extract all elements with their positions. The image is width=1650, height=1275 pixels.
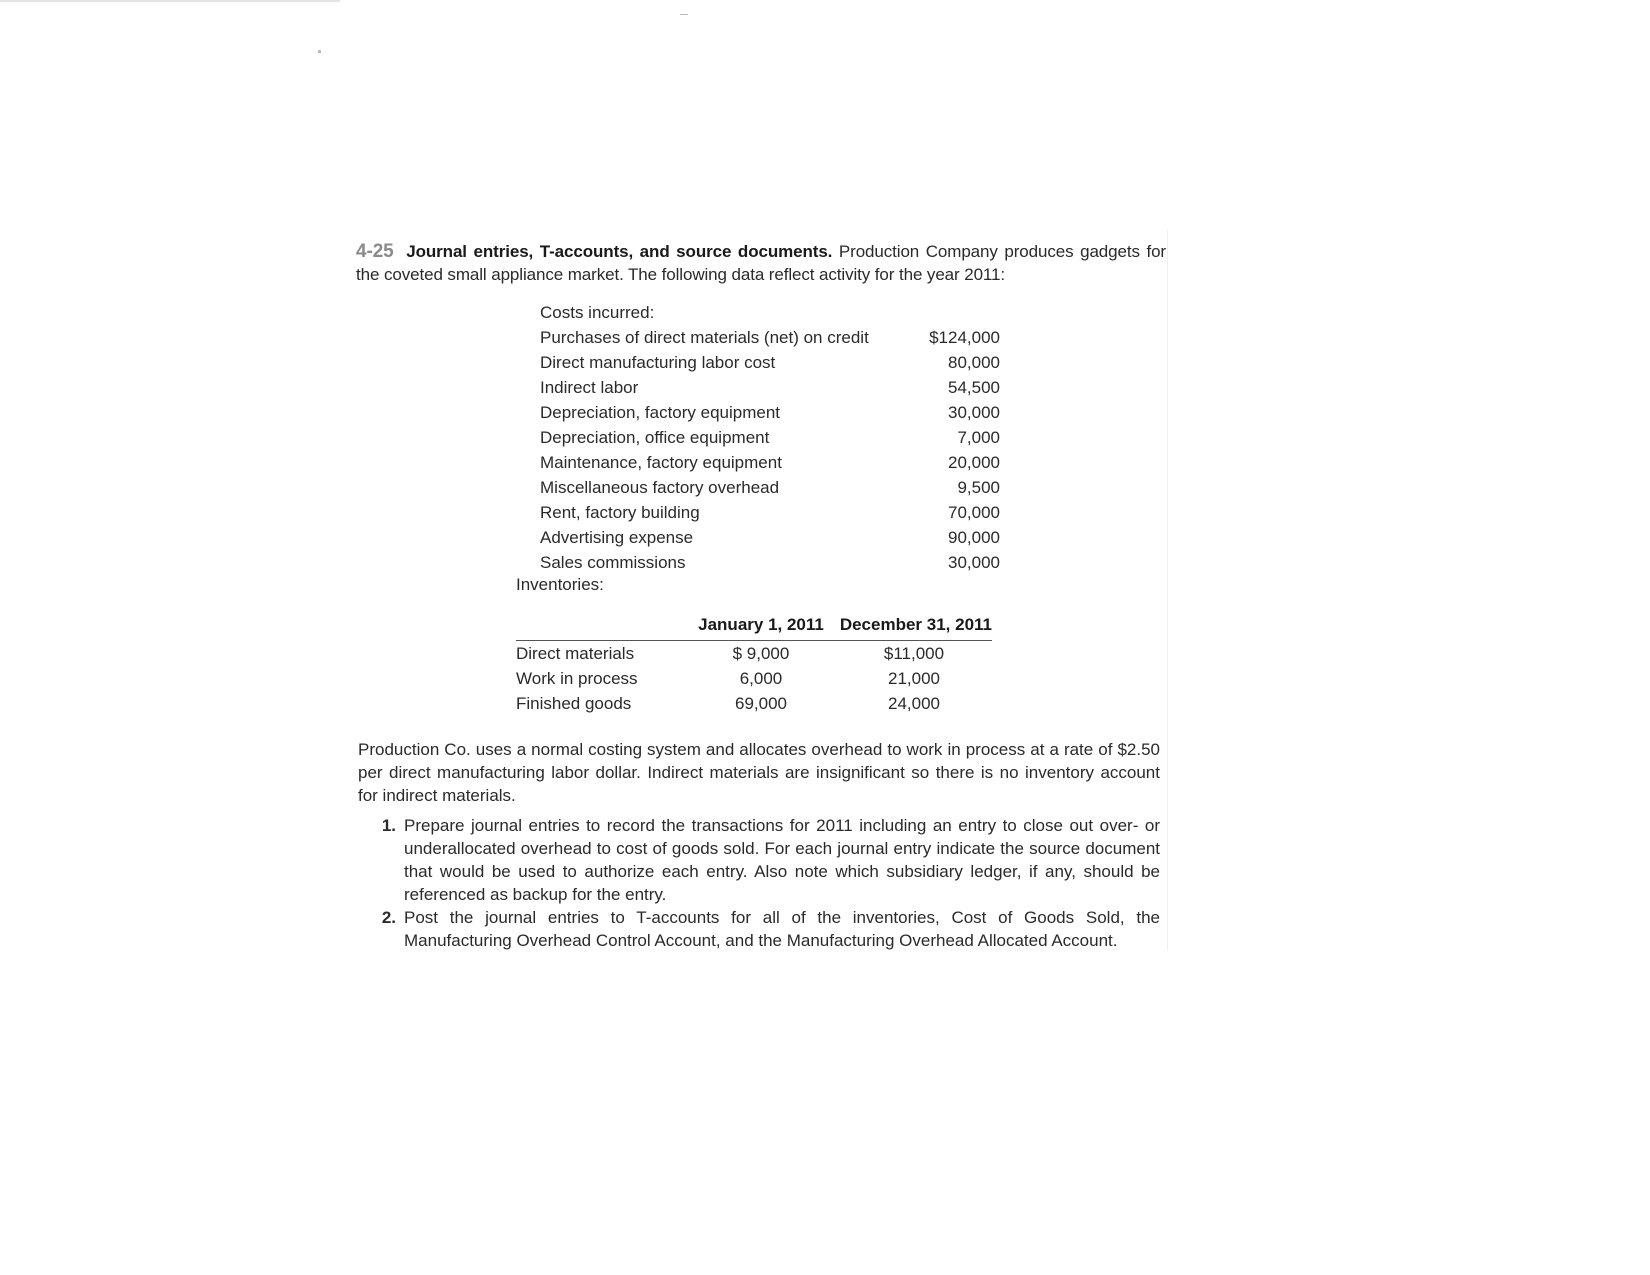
cost-row: Advertising expense90,000 [540,525,1000,550]
cost-row: Maintenance, factory equipment20,000 [540,450,1000,475]
cost-label: Direct manufacturing labor cost [540,350,775,375]
cost-amount: 20,000 [910,450,1000,475]
cost-label: Depreciation, factory equipment [540,400,780,425]
cost-label: Sales commissions [540,550,686,575]
inventory-dec: 24,000 [836,691,992,716]
inventory-jan: 6,000 [686,666,836,691]
cost-row: Direct manufacturing labor cost80,000 [540,350,1000,375]
problem-header: 4-25 Journal entries, T-accounts, and so… [356,240,1166,286]
inventory-jan: 69,000 [686,691,836,716]
inventory-dec: $11,000 [836,641,992,666]
scan-fold-line [1167,230,1168,950]
cost-amount: 30,000 [910,400,1000,425]
inventory-label: Direct materials [516,641,686,666]
requirements-list: 1.Prepare journal entries to record the … [358,814,1160,952]
inventory-row: Finished goods69,00024,000 [516,691,992,716]
cost-row: Depreciation, office equipment7,000 [540,425,1000,450]
scan-speck [680,14,688,15]
inventories-heading: Inventories: [516,575,604,595]
requirement-number: 2. [358,906,404,952]
cost-amount: $124,000 [910,325,1000,350]
cost-amount: 54,500 [910,375,1000,400]
cost-label: Miscellaneous factory overhead [540,475,779,500]
cost-label: Maintenance, factory equipment [540,450,782,475]
scanned-page: 4-25 Journal entries, T-accounts, and so… [0,0,1650,1275]
costs-incurred-list: Costs incurred: Purchases of direct mate… [540,300,1000,575]
cost-amount: 9,500 [910,475,1000,500]
inventory-label: Finished goods [516,691,686,716]
requirement-item: 1.Prepare journal entries to record the … [358,814,1160,906]
scan-edge-line [0,0,340,2]
inventories-header-row: January 1, 2011 December 31, 2011 [516,615,992,641]
inventory-row: Direct materials$ 9,000$11,000 [516,641,992,666]
cost-label: Depreciation, office equipment [540,425,769,450]
cost-row: Indirect labor54,500 [540,375,1000,400]
cost-row: Purchases of direct materials (net) on c… [540,325,1000,350]
inventory-row: Work in process6,00021,000 [516,666,992,691]
cost-row: Depreciation, factory equipment30,000 [540,400,1000,425]
costing-paragraph: Production Co. uses a normal costing sys… [358,738,1160,807]
cost-row: Sales commissions30,000 [540,550,1000,575]
cost-amount: 80,000 [910,350,1000,375]
cost-row: Rent, factory building70,000 [540,500,1000,525]
cost-label: Advertising expense [540,525,693,550]
cost-label: Purchases of direct materials (net) on c… [540,325,869,350]
costs-heading: Costs incurred: [540,300,1000,325]
requirement-item: 2.Post the journal entries to T-accounts… [358,906,1160,952]
column-december: December 31, 2011 [836,615,992,640]
problem-title: Journal entries, T-accounts, and source … [406,242,832,261]
inventory-dec: 21,000 [836,666,992,691]
inventory-jan: $ 9,000 [686,641,836,666]
cost-label: Rent, factory building [540,500,700,525]
requirement-number: 1. [358,814,404,906]
requirement-text: Post the journal entries to T-accounts f… [404,906,1160,952]
inventory-label: Work in process [516,666,686,691]
requirement-text: Prepare journal entries to record the tr… [404,814,1160,906]
cost-amount: 7,000 [910,425,1000,450]
problem-number: 4-25 [356,241,394,262]
cost-label: Indirect labor [540,375,638,400]
cost-row: Miscellaneous factory overhead9,500 [540,475,1000,500]
cost-amount: 90,000 [910,525,1000,550]
scan-speck [318,50,321,53]
column-january: January 1, 2011 [686,615,836,640]
inventories-table: January 1, 2011 December 31, 2011 Direct… [516,615,992,716]
cost-amount: 30,000 [910,550,1000,575]
cost-amount: 70,000 [910,500,1000,525]
